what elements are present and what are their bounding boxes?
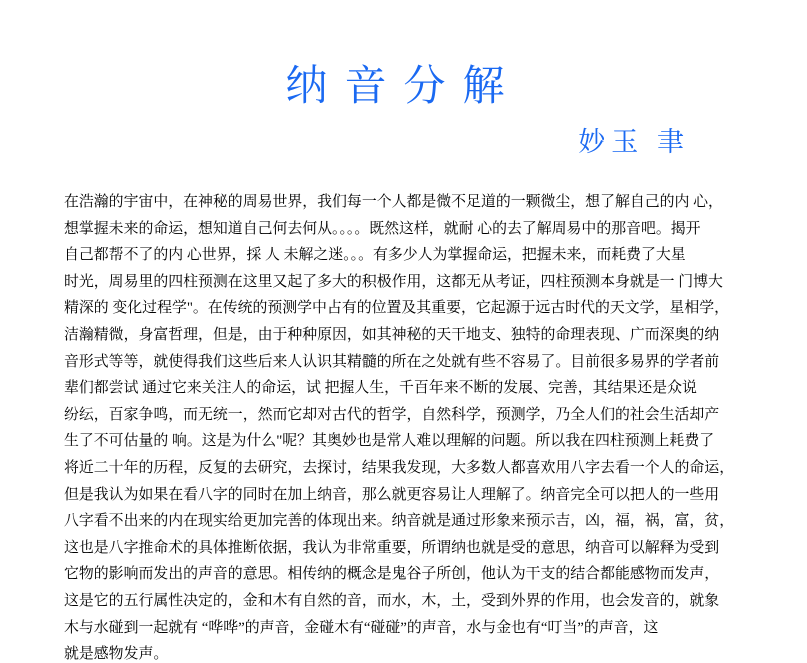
body-line: 音形式等等，就使得我们这些后来人认识其精髓的所在之处就有些不容易了。目前很多易界…: [64, 349, 764, 376]
body-line: 时光，周易里的四柱预测在这里又起了多大的积极作用，这都无从考证，四柱预测本身就是…: [64, 269, 764, 296]
body-line: 辈们都尝试 通过它来关注人的命运，试 把握人生，千百年来不断的发展、完善，其结果…: [64, 375, 764, 402]
body-line: 但是我认为如果在看八字的同时在加上纳音，那么就更容易让人理解了。纳音完全可以把人…: [64, 482, 764, 509]
body-line: 它物的影响而发出的声音的意思。相传纳的概念是鬼谷子所创，他认为干支的结合都能感物…: [64, 561, 764, 588]
body-line: 精深的 变化过程学"。在传统的预测学中占有的位置及其重要，它起源于远古时代的天文…: [64, 295, 764, 322]
document-title: 纳音分解: [0, 53, 807, 113]
document-page: 纳音分解 妙玉 聿 在浩瀚的宇宙中，在神秘的周易世界，我们每一个人都是微不足道的…: [0, 0, 807, 663]
body-text: 在浩瀚的宇宙中，在神秘的周易世界，我们每一个人都是微不足道的一颗微尘，想了解自己…: [64, 189, 764, 663]
body-line: 生了不可估量的 响。这是为什么"呢？其奥妙也是常人难以理解的问题。所以我在四柱预…: [64, 428, 764, 455]
body-line: 想掌握未来的命运，想知道自己何去何从。。。。既然这样，就耐 心的去了解周易中的那…: [64, 216, 764, 243]
body-line: 纷纭，百家争鸣，而无统一，然而它却对古代的哲学，自然科学，预测学，乃全人们的社会…: [64, 402, 764, 429]
body-line: 这也是八字推命术的具体推断依据，我认为非常重要，所谓纳也就是受的意思，纳音可以解…: [64, 535, 764, 562]
author-name: 妙玉 聿: [578, 120, 690, 159]
body-line: 将近二十年的历程，反复的去研究，去探讨，结果我发现，大多数人都喜欢用八字去看一个…: [64, 455, 764, 482]
body-line: 这是它的五行属性决定的，金和木有自然的音，而水，木，土，受到外界的作用，也会发音…: [64, 588, 764, 615]
body-line: 自己都帮不了的内 心世界，採 人 未解之迷。。。有多少人为掌握命运，把握未来，而…: [64, 242, 764, 269]
body-line: 洁瀚精微，身富哲理，但是，由于种种原因，如其神秘的天干地支、独特的命理表现、广而…: [64, 322, 764, 349]
body-line: 八字看不出来的内在现实给更加完善的体现出来。纳音就是通过形象来预示吉，凶，福，祸…: [64, 508, 764, 535]
body-line: 在浩瀚的宇宙中，在神秘的周易世界，我们每一个人都是微不足道的一颗微尘，想了解自己…: [64, 189, 764, 216]
body-line: 就是感物发声。: [64, 641, 764, 663]
body-line: 木与水碰到一起就有 “哗哗”的声音，金碰木有“碰碰”的声音，水与金也有“叮当”的…: [64, 615, 764, 642]
